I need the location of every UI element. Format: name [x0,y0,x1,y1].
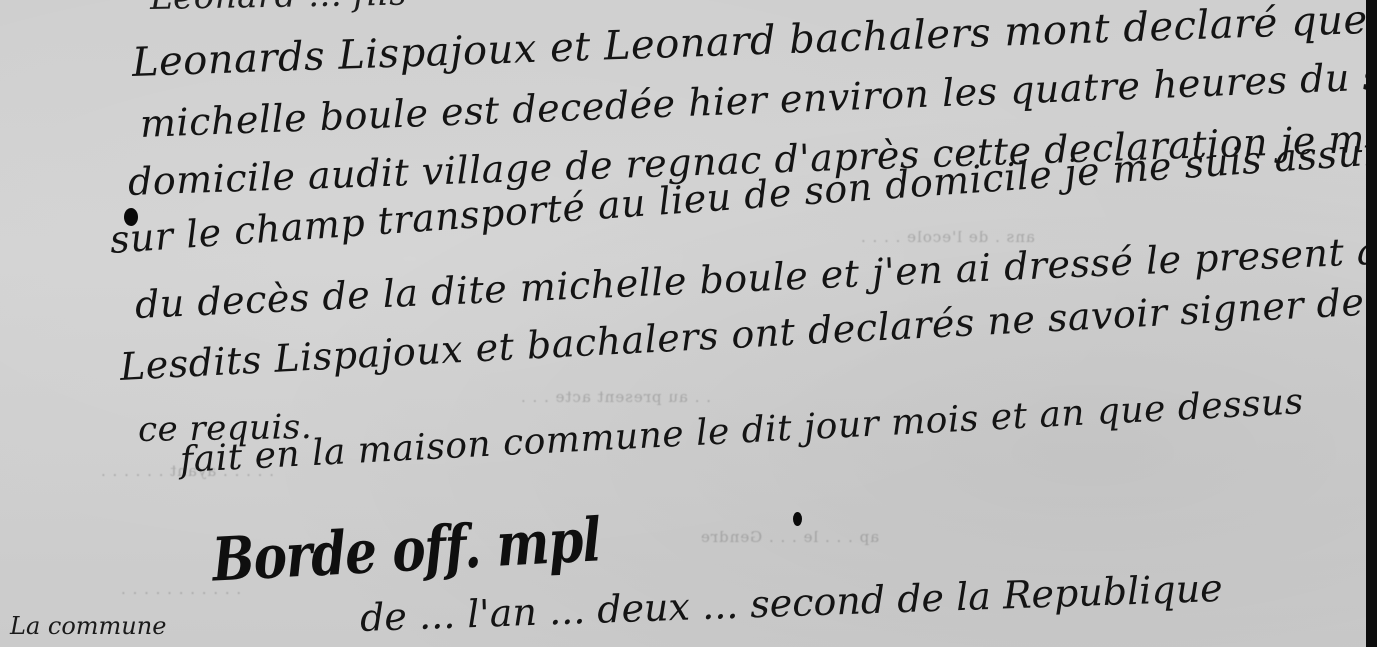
document-page: ans . de l'ecole . . . . . . au present … [0,0,1366,647]
ink-blot [124,208,138,226]
scan-edge-border [1366,0,1377,647]
top-fragment-line: Leonard ... fils [150,0,408,18]
ink-blot [793,512,802,526]
officer-signature: Borde off. mpl [210,504,602,595]
margin-note: La commune [10,612,166,640]
record-line-8: fait en la maison commune le dit jour mo… [179,381,1305,481]
bleed-through-line: ap . . . le . . . Gendre [700,528,879,546]
bleed-through-line: . . au present acte . . . [520,388,711,406]
bleed-through-line: ans . de l'ecole . . . . [860,228,1035,246]
